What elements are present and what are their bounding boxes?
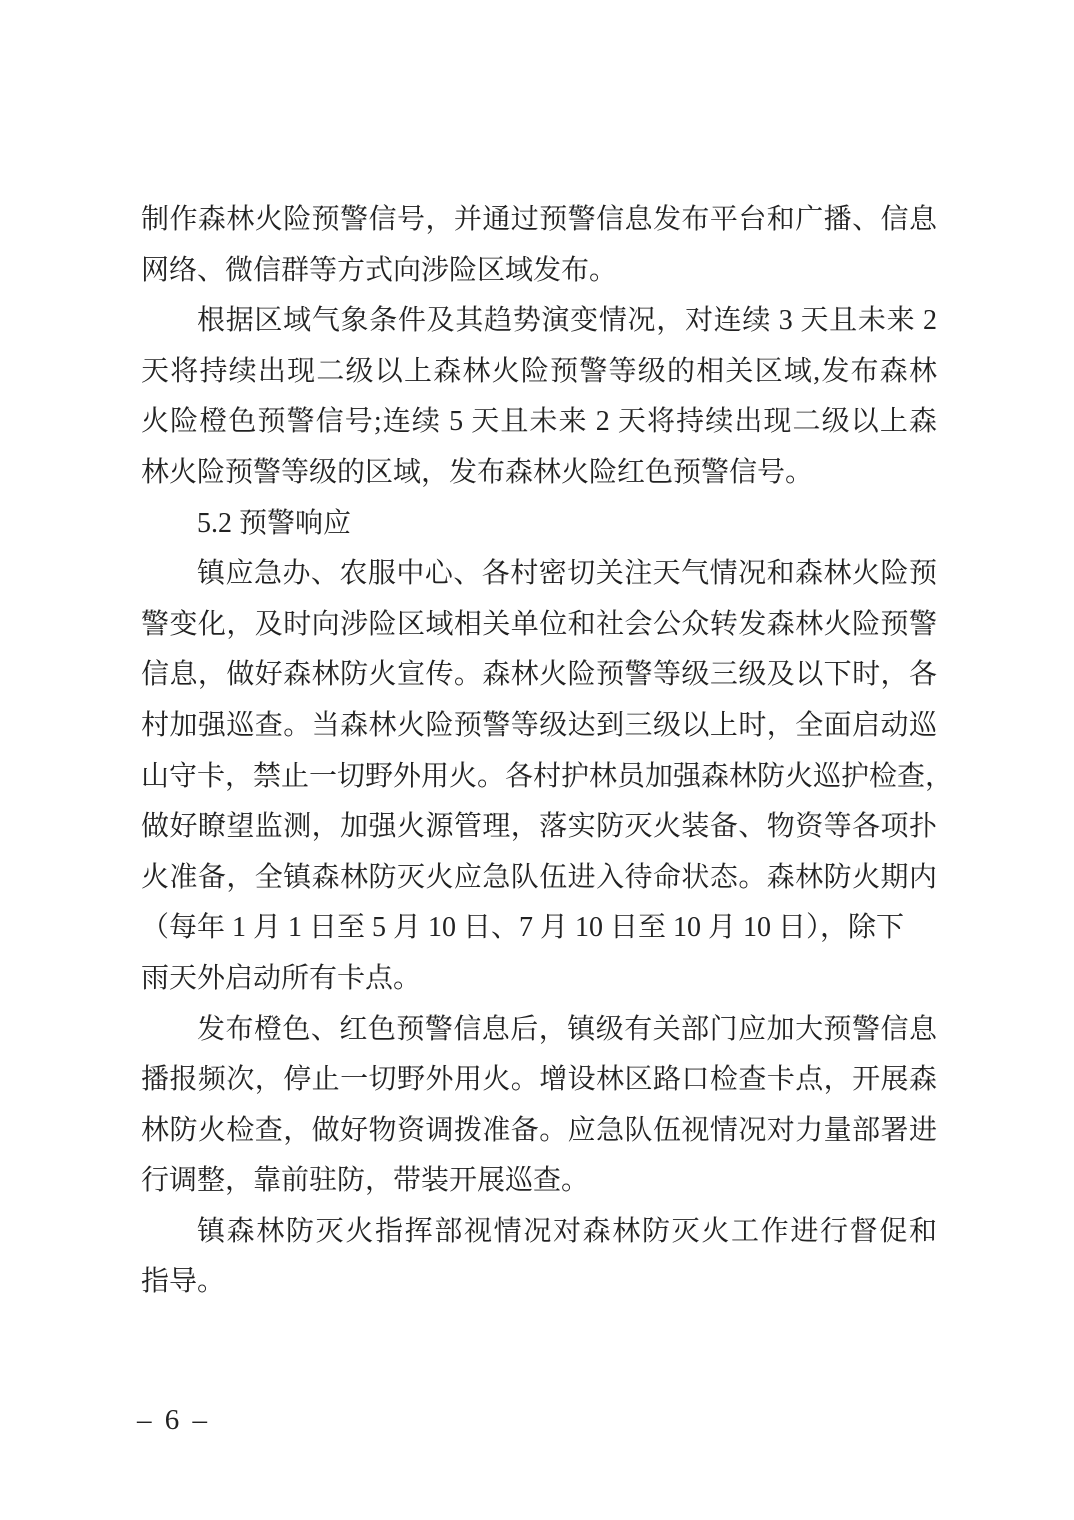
text-line: 雨天外启动所有卡点。 — [141, 954, 937, 1005]
text-line: 发布橙色、红色预警信息后，镇级有关部门应加大预警信息 — [141, 1005, 937, 1056]
text-line: 山守卡，禁止一切野外用火。各村护林员加强森林防火巡护检查， — [141, 752, 937, 803]
text-line: 火准备，全镇森林防灭火应急队伍进入待命状态。森林防火期内 — [141, 853, 937, 904]
text-line: 信息，做好森林防火宣传。森林火险预警等级三级及以下时，各 — [141, 650, 937, 701]
document-page: 制作森林火险预警信号，并通过预警信息发布平台和广播、信息 网络、微信群等方式向涉… — [0, 0, 1074, 1520]
text-line: 林防火检查，做好物资调拨准备。应急队伍视情况对力量部署进 — [141, 1106, 937, 1157]
text-line: 镇森林防灭火指挥部视情况对森林防灭火工作进行督促和 — [141, 1207, 937, 1258]
text-line: 天将持续出现二级以上森林火险预警等级的相关区域,发布森林 — [141, 347, 937, 398]
text-line: 指导。 — [141, 1257, 937, 1308]
text-line: 播报频次，停止一切野外用火。增设林区路口检查卡点，开展森 — [141, 1055, 937, 1106]
page-number: – 6 – — [137, 1404, 210, 1437]
text-line: 网络、微信群等方式向涉险区域发布。 — [141, 246, 937, 297]
text-line: 做好瞭望监测，加强火源管理，落实防灭火装备、物资等各项扑 — [141, 802, 937, 853]
text-line: 镇应急办、农服中心、各村密切关注天气情况和森林火险预 — [141, 549, 937, 600]
text-line: 行调整，靠前驻防，带装开展巡查。 — [141, 1156, 937, 1207]
section-heading-5-2: 5.2 预警响应 — [141, 499, 937, 550]
text-line: 制作森林火险预警信号，并通过预警信息发布平台和广播、信息 — [141, 195, 937, 246]
text-line: 火险橙色预警信号;连续 5 天且未来 2 天将持续出现二级以上森 — [141, 397, 937, 448]
body-text: 制作森林火险预警信号，并通过预警信息发布平台和广播、信息 网络、微信群等方式向涉… — [141, 195, 937, 1308]
text-line: 林火险预警等级的区域，发布森林火险红色预警信号。 — [141, 448, 937, 499]
text-line: （每年 1 月 1 日至 5 月 10 日、7 月 10 日至 10 月 10 … — [141, 903, 937, 954]
text-line: 村加强巡查。当森林火险预警等级达到三级以上时，全面启动巡 — [141, 701, 937, 752]
text-line: 根据区域气象条件及其趋势演变情况，对连续 3 天且未来 2 — [141, 296, 937, 347]
text-line: 警变化，及时向涉险区域相关单位和社会公众转发森林火险预警 — [141, 600, 937, 651]
